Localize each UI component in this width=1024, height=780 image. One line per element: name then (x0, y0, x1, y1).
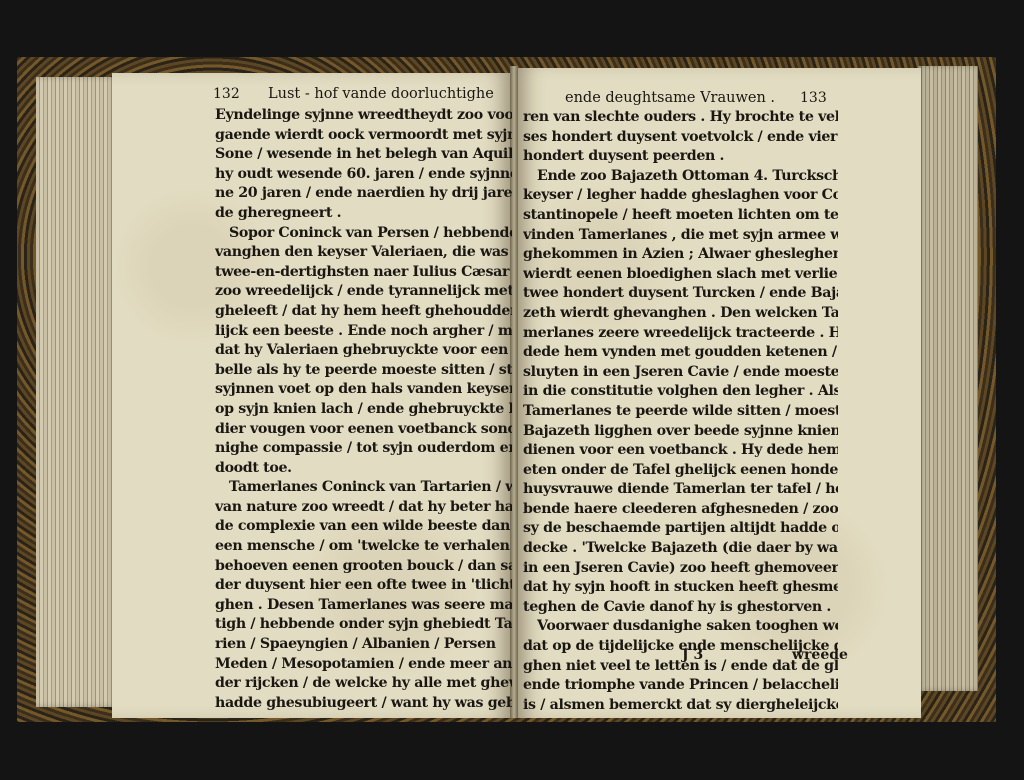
text-line: Ende zoo Bajazeth Ottoman 4. Turckschen (523, 167, 838, 187)
text-line: hadde ghesubiugeert / want hy was gebo- (215, 694, 512, 714)
text-line: rien / Spaeyngien / Albanien / Persen (215, 635, 512, 655)
text-line: nighe compassie / tot syjn ouderdom ende (215, 439, 512, 459)
signature-mark: J 3 (682, 647, 703, 663)
text-line: gheleeft / dat hy hem heeft ghehoudden g… (215, 302, 512, 322)
text-line: dier vougen voor eenen voetbanck sonder … (215, 420, 512, 440)
text-line: merlanes zeere wreedelijck tracteerde . … (523, 324, 838, 344)
text-line: syjnnen voet op den hals vanden keyser /… (215, 380, 512, 400)
text-line: de complexie van een wilde beeste dan va… (215, 517, 512, 537)
page-edges-right (918, 66, 978, 691)
text-line: twee-en-dertighsten naer Iulius Cæsar , … (215, 263, 512, 283)
text-line: gaende wierdt oock vermoordt met syjnnen (215, 126, 512, 146)
text-line: Bajazeth ligghen over beede syjnne knien… (523, 422, 838, 442)
text-line: dede hem vynden met goudden ketenen / en… (523, 343, 838, 363)
text-line: Meden / Mesopotamien / ende meer an- (215, 655, 512, 675)
text-line: vinden Tamerlanes , die met syjn armee w… (523, 226, 838, 246)
text-line: de gheregneert . (215, 204, 512, 224)
text-line: eten onder de Tafel ghelijck eenen honde… (523, 461, 838, 481)
text-line: Sone / wesende in het belegh van Aquilei… (215, 145, 512, 165)
text-line: ren van slechte ouders . Hy brochte te v… (523, 108, 838, 128)
text-line: dat op de tijdelijcke ende menschelijcke… (523, 637, 838, 657)
text-line: op syjn knien lach / ende ghebruyckte he… (215, 400, 512, 420)
text-line: ses hondert duysent voetvolck / ende vie… (523, 128, 838, 148)
text-line: van nature zoo wreedt / dat hy beter had… (215, 498, 512, 518)
text-line: ghekommen in Azien ; Alwaer ghesleghen (523, 245, 838, 265)
text-line: sluyten in een Jseren Cavie / ende moest… (523, 363, 838, 383)
text-line: Tamerlanes te peerde wilde sitten / moes… (523, 402, 838, 422)
text-line: lijck een beeste . Ende noch argher / mi… (215, 322, 512, 342)
text-line: in een Jseren Cavie) zoo heeft ghemoveer… (523, 559, 838, 579)
text-line: dienen voor een voetbanck . Hy dede hem (523, 441, 838, 461)
text-line: zeth wierdt ghevanghen . Den welcken Ta- (523, 304, 838, 324)
left-page-number: 132 (213, 86, 240, 102)
text-line: teghen de Cavie danof hy is ghestorven . (523, 598, 838, 618)
page-edges-left (36, 77, 118, 707)
right-running-head: ende deughtsame Vrauwen . (565, 90, 775, 106)
text-line: huysvrauwe diende Tamerlan ter tafel / h… (523, 480, 838, 500)
text-line: ghen . Desen Tamerlanes was seere mach- (215, 596, 512, 616)
text-line: Voorwaer dusdanighe saken tooghen wel (523, 617, 838, 637)
text-line: zoo wreedelijck / ende tyrannelijck met … (215, 282, 512, 302)
text-line: hondert duysent peerden . (523, 147, 838, 167)
text-line: Sopor Coninck van Persen / hebbende ghe- (215, 224, 512, 244)
text-line: in die constitutie volghen den legher . … (523, 382, 838, 402)
text-line: ende triomphe vande Princen / belaccheli… (523, 676, 838, 696)
text-line: stantinopele / heeft moeten lichten om t… (523, 206, 838, 226)
text-line: ghen niet veel te letten is / ende dat d… (523, 657, 838, 677)
text-line: bende haere cleederen afghesneden / zoo … (523, 500, 838, 520)
text-line: Tamerlanes Coninck van Tartarien / was (215, 478, 512, 498)
text-line: keyser / legher hadde gheslaghen voor Co… (523, 186, 838, 206)
text-line: doodt toe. (215, 459, 512, 479)
text-line: der rijcken / de welcke hy alle met ghew… (215, 674, 512, 694)
text-line: sy de beschaemde partijen altijdt hadde … (523, 519, 838, 539)
text-line: tigh / hebbende onder syjn ghebiedt Tart… (215, 615, 512, 635)
text-line: ne 20 jaren / ende naerdien hy drij jare… (215, 184, 512, 204)
text-line: twee hondert duysent Turcken / ende Baja… (523, 284, 838, 304)
text-line: wierdt eenen bloedighen slach met verlie… (523, 265, 838, 285)
text-line: hy oudt wesende 60. jaren / ende syjnnen… (215, 165, 512, 185)
left-page-text: Eyndelinge syjnne wreedtheydt zoo voorts… (215, 106, 512, 713)
catchword: wreede (792, 647, 848, 663)
right-page-number: 133 (800, 90, 827, 106)
text-line: Eyndelinge syjnne wreedtheydt zoo voorts (215, 106, 512, 126)
text-line: der duysent hier een ofte twee in 'tlich… (215, 576, 512, 596)
text-line: vanghen den keyser Valeriaen, die was de (215, 243, 512, 263)
text-line: dat hy syjn hooft in stucken heeft ghesm… (523, 578, 838, 598)
text-line: decke . 'Twelcke Bajazeth (die daer by w… (523, 539, 838, 559)
text-line: behoeven eenen grooten bouck / dan sal o… (215, 557, 512, 577)
left-running-head: Lust - hof vande doorluchtighe (268, 86, 494, 102)
right-page-text: ren van slechte ouders . Hy brochte te v… (523, 108, 838, 715)
text-line: dat hy Valeriaen ghebruyckte voor een sc… (215, 341, 512, 361)
text-line: belle als hy te peerde moeste sitten / s… (215, 361, 512, 381)
text-line: een mensche / om 'twelcke te verhalen so… (215, 537, 512, 557)
text-line: is / alsmen bemerckt dat sy diergheleijc… (523, 696, 838, 716)
